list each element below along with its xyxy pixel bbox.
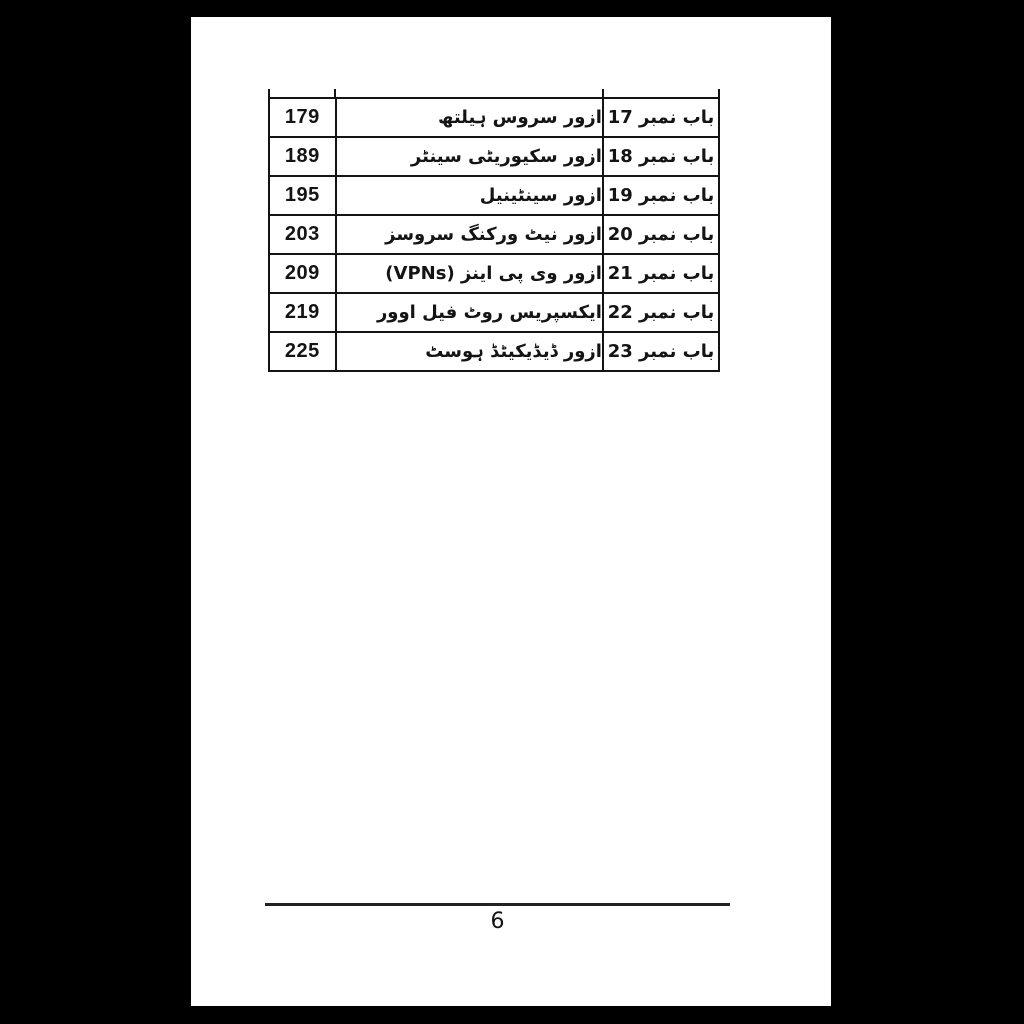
table-row: 179 ازور سروس ہیلتھ باب نمبر 17: [269, 98, 719, 137]
chapter-title-cell: ازور سروس ہیلتھ: [336, 98, 603, 137]
page-number-cell: 225: [269, 332, 336, 371]
page-number-cell: 179: [269, 98, 336, 137]
page-number-cell: 209: [269, 254, 336, 293]
chapter-title-cell: ایکسپریس روٹ فیل اوور: [336, 293, 603, 332]
chapter-title-cell: ازور نیٹ ورکنگ سروسز: [336, 215, 603, 254]
chapter-title-cell: ازور وی پی اینز (VPNs): [336, 254, 603, 293]
chapter-label-cell: باب نمبر 17: [603, 98, 719, 137]
chapter-label-cell: باب نمبر 18: [603, 137, 719, 176]
chapter-label-cell: باب نمبر 21: [603, 254, 719, 293]
footer-page-number: 6: [265, 910, 730, 934]
chapter-title-cell: ازور ڈیڈیکیٹڈ ہوسٹ: [336, 332, 603, 371]
chapter-label-cell: باب نمبر 20: [603, 215, 719, 254]
page-number-cell: 195: [269, 176, 336, 215]
contents-table: 179 ازور سروس ہیلتھ باب نمبر 17 189 ازور…: [268, 97, 720, 372]
footer-divider: [265, 903, 730, 906]
table-row: 189 ازور سکیوریٹی سینٹر باب نمبر 18: [269, 137, 719, 176]
page-number-cell: 219: [269, 293, 336, 332]
page-number-cell: 203: [269, 215, 336, 254]
stub-line: [268, 89, 270, 97]
table-row: 209 ازور وی پی اینز (VPNs) باب نمبر 21: [269, 254, 719, 293]
stub-line: [718, 89, 720, 97]
stub-line: [334, 89, 336, 97]
chapter-label-cell: باب نمبر 22: [603, 293, 719, 332]
stub-line: [602, 89, 604, 97]
contents-table-wrap: 179 ازور سروس ہیلتھ باب نمبر 17 189 ازور…: [268, 89, 722, 372]
black-surround: 179 ازور سروس ہیلتھ باب نمبر 17 189 ازور…: [0, 0, 1024, 1024]
chapter-label-cell: باب نمبر 23: [603, 332, 719, 371]
table-row: 203 ازور نیٹ ورکنگ سروسز باب نمبر 20: [269, 215, 719, 254]
table-row: 195 ازور سینٹینیل باب نمبر 19: [269, 176, 719, 215]
table-row: 225 ازور ڈیڈیکیٹڈ ہوسٹ باب نمبر 23: [269, 332, 719, 371]
chapter-title-cell: ازور سکیوریٹی سینٹر: [336, 137, 603, 176]
page-number-cell: 189: [269, 137, 336, 176]
table-crop-stub: [268, 89, 722, 97]
chapter-title-cell: ازور سینٹینیل: [336, 176, 603, 215]
chapter-label-cell: باب نمبر 19: [603, 176, 719, 215]
scanned-page: 179 ازور سروس ہیلتھ باب نمبر 17 189 ازور…: [191, 17, 831, 1006]
table-row: 219 ایکسپریس روٹ فیل اوور باب نمبر 22: [269, 293, 719, 332]
